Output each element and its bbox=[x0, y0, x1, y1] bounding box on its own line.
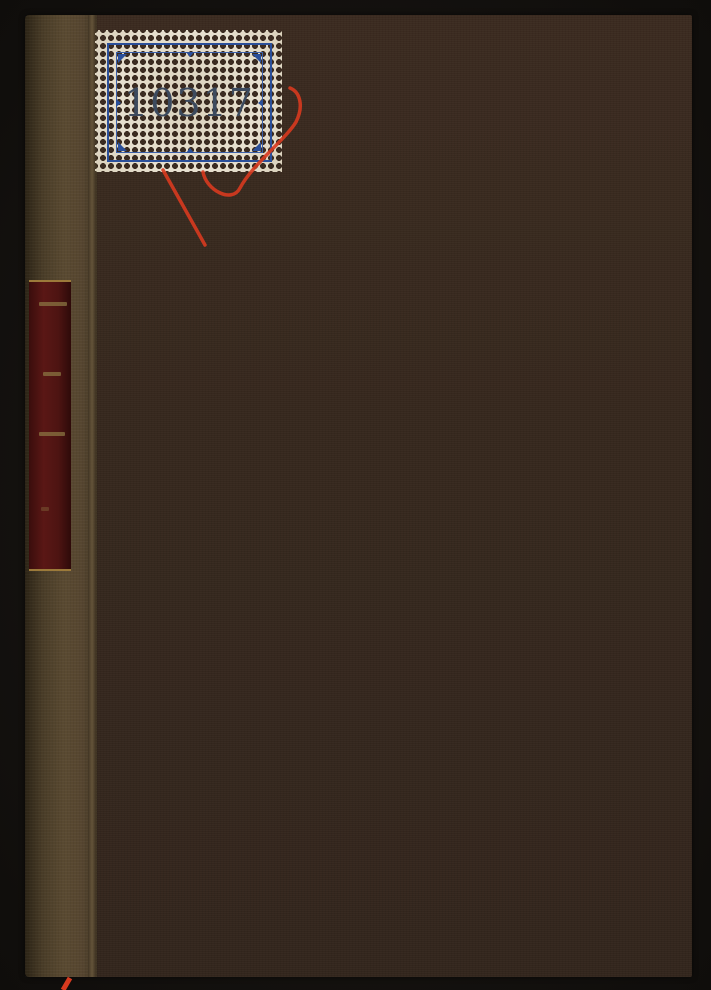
label-outer-frame: 10317 bbox=[107, 43, 272, 162]
notch-ornament-icon bbox=[186, 148, 194, 153]
label-inner-frame: 10317 bbox=[116, 52, 263, 153]
spine-title-label bbox=[29, 280, 71, 571]
spine-gilt-text-line bbox=[43, 372, 61, 376]
book: 10317 bbox=[25, 15, 692, 977]
spine-gilt-text-line bbox=[39, 302, 67, 306]
library-accession-label: 10317 bbox=[95, 30, 282, 172]
corner-ornament-icon bbox=[118, 142, 127, 151]
corner-ornament-icon bbox=[118, 54, 127, 63]
accession-number: 10317 bbox=[117, 81, 262, 125]
spine-gilt-mark bbox=[41, 507, 49, 511]
corner-ornament-icon bbox=[252, 142, 261, 151]
spine-gilt-text-line bbox=[39, 432, 65, 436]
notch-ornament-icon bbox=[186, 52, 194, 57]
corner-ornament-icon bbox=[252, 54, 261, 63]
